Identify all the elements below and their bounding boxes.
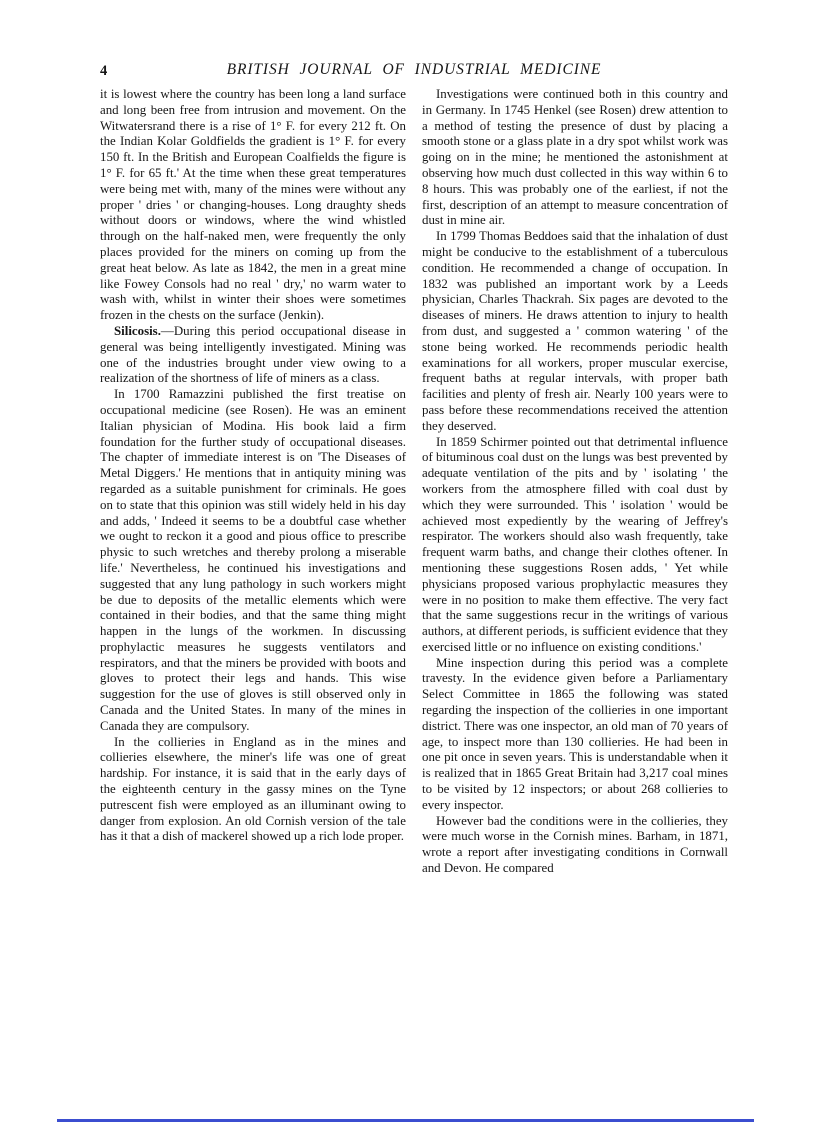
page-number: 4 — [100, 63, 107, 80]
paragraph-collieries-england: In the collieries in England as in the m… — [100, 735, 406, 846]
paragraph-ramazzini: In 1700 Ramazzini published the first tr… — [100, 387, 406, 735]
paragraph-lead-silicosis: Silicosis. — [114, 324, 161, 338]
paragraph-cornish-mines: However bad the conditions were in the c… — [422, 814, 728, 877]
paragraph-mine-inspection: Mine inspection during this period was a… — [422, 656, 728, 814]
paragraph-investigations: Investigations were continued both in th… — [422, 87, 728, 229]
paragraph-silicosis: Silicosis.—During this period occupation… — [100, 324, 406, 387]
page-header: 4 BRITISH JOURNAL OF INDUSTRIAL MEDICINE — [100, 61, 728, 83]
paragraph-schirmer: In 1859 Schirmer pointed out that detrim… — [422, 435, 728, 656]
journal-page: 4 BRITISH JOURNAL OF INDUSTRIAL MEDICINE… — [0, 0, 816, 1127]
scan-bottom-edge-line — [57, 1119, 754, 1122]
left-column: it is lowest where the country has been … — [100, 87, 406, 877]
journal-title: BRITISH JOURNAL OF INDUSTRIAL MEDICINE — [100, 61, 728, 79]
right-column: Investigations were continued both in th… — [422, 87, 728, 877]
paragraph-continuation: it is lowest where the country has been … — [100, 87, 406, 324]
article-body: it is lowest where the country has been … — [100, 87, 728, 877]
paragraph-beddoes-thackrah: In 1799 Thomas Beddoes said that the inh… — [422, 229, 728, 434]
